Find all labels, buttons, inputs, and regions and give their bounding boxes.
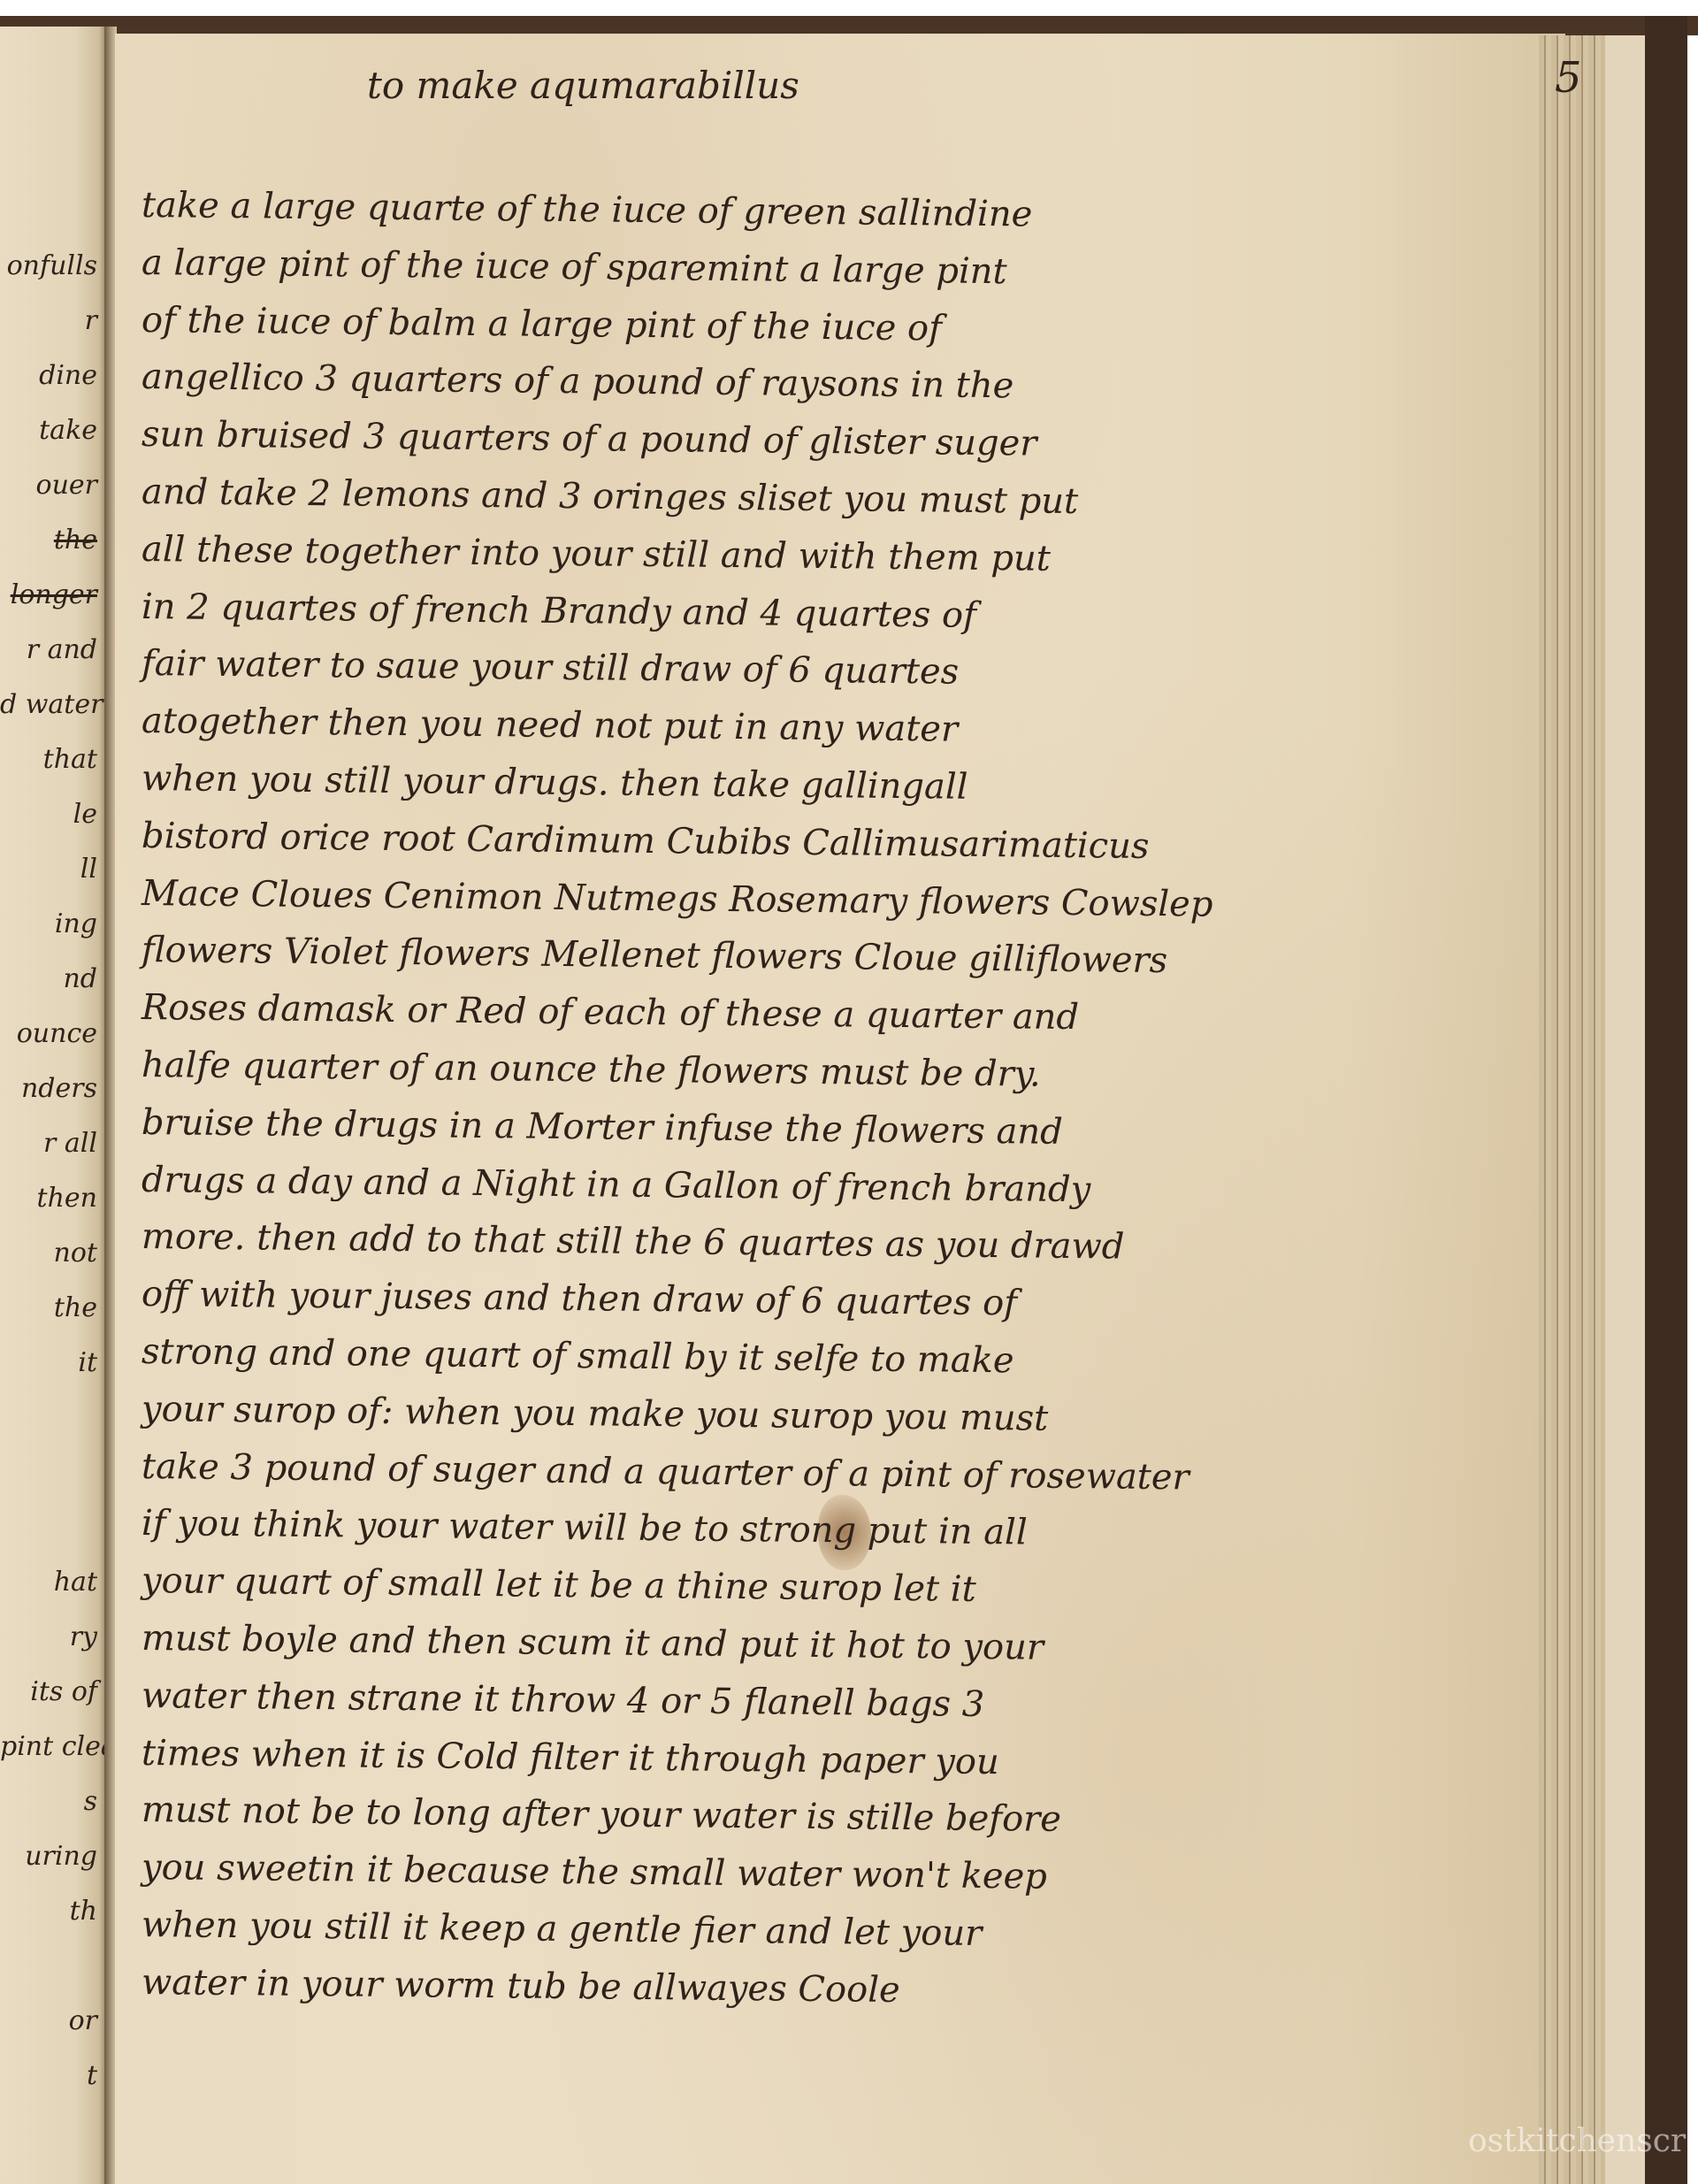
margin-fragment: that — [0, 732, 104, 787]
margin-fragment: nd — [0, 952, 104, 1007]
recipe-body: take a large quarte of the iuce of green… — [141, 177, 1539, 2012]
margin-fragment: r all — [0, 1116, 104, 1171]
margin-fragment: ounce — [0, 1007, 104, 1061]
margin-fragment — [0, 1445, 104, 1500]
margin-fragment: le — [0, 787, 104, 842]
margin-fragment: r — [0, 294, 104, 349]
margin-fragment: ing — [0, 897, 104, 952]
margin-fragment — [0, 1500, 104, 1555]
margin-fragment: onfulls — [0, 239, 104, 294]
book-binding-top — [0, 0, 1698, 35]
margin-fragment: pint clea — [0, 1720, 104, 1774]
margin-fragment: t — [0, 2049, 104, 2104]
endpaper — [1605, 35, 1645, 2184]
margin-fragment — [0, 1939, 104, 1994]
page-edges — [1539, 35, 1605, 2184]
margin-fragment: it — [0, 1336, 104, 1391]
watermark: ostkitchenscrolls.org — [1468, 2123, 1698, 2159]
margin-fragment: ll — [0, 842, 104, 897]
margin-fragment: uring — [0, 1829, 104, 1884]
margin-fragment: longer — [0, 568, 104, 623]
margin-fragment: ouer — [0, 458, 104, 513]
margin-fragment: s — [0, 1774, 104, 1829]
book-cover-edge — [1645, 16, 1687, 2184]
margin-fragment: then — [0, 1171, 104, 1226]
margin-fragment — [0, 1391, 104, 1445]
margin-fragment: take — [0, 403, 104, 458]
margin-fragment: dine — [0, 349, 104, 403]
margin-fragment: nders — [0, 1061, 104, 1116]
left-page: onfullsrdinetakeouerthelongerr andd wate… — [0, 27, 108, 2184]
margin-fragment: d water — [0, 678, 104, 732]
margin-fragment: r and — [0, 623, 104, 678]
margin-fragment: ry — [0, 1610, 104, 1665]
margin-fragment: the — [0, 1281, 104, 1336]
recipe-title: to make aqumarabillus — [367, 64, 799, 107]
margin-fragment: its of — [0, 1665, 104, 1720]
margin-fragment: not — [0, 1226, 104, 1281]
left-page-margin-text: onfullsrdinetakeouerthelongerr andd wate… — [0, 239, 104, 2104]
margin-fragment: th — [0, 1884, 104, 1939]
margin-fragment: hat — [0, 1555, 104, 1610]
margin-fragment: the — [0, 513, 104, 568]
page-number: 5 — [1555, 53, 1582, 103]
margin-fragment: or — [0, 1994, 104, 2049]
